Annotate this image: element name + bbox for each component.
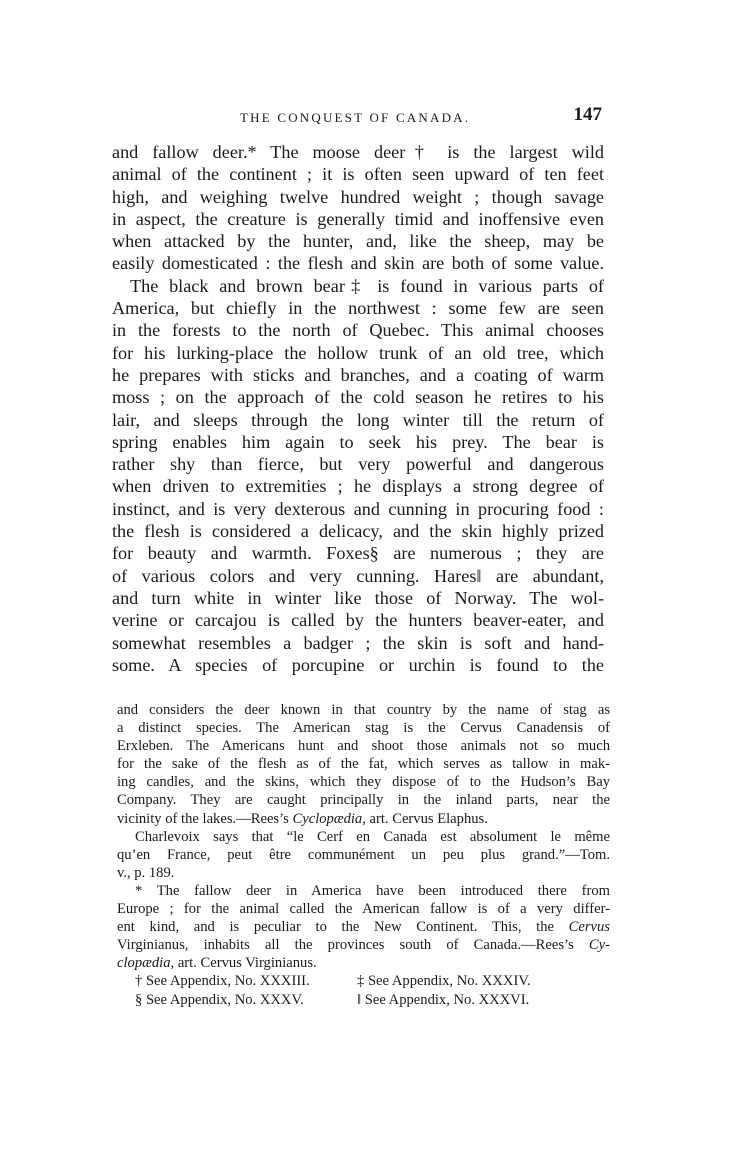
running-head: THE CONQUEST OF CANADA. 147 bbox=[112, 104, 602, 128]
appendix-refs-row: † See Appendix, No. XXXIII. ‡ See Append… bbox=[117, 972, 610, 990]
body-line: rather shy than fierce, but very powerfu… bbox=[112, 453, 604, 475]
body-line: when attacked by the hunter, and, like t… bbox=[112, 230, 604, 252]
body-line: for beauty and warmth. Foxes§ are numero… bbox=[112, 542, 604, 564]
body-line: America, but chiefly in the northwest : … bbox=[112, 297, 604, 319]
body-line: lair, and sleeps through the long winter… bbox=[112, 409, 604, 431]
footnote-line-rees: vicinity of the lakes.—Rees’s Cyclopædia… bbox=[117, 810, 610, 828]
body-line: some. A species of porcupine or urchin i… bbox=[112, 654, 604, 676]
footnote-text: , art. Cervus Elaphus. bbox=[362, 811, 488, 827]
footnote-line: ing candles, and the skins, which they d… bbox=[117, 773, 610, 791]
body-line: for his lurking-place the hollow trunk o… bbox=[112, 342, 604, 364]
body-line: spring enables him again to seek his pre… bbox=[112, 431, 604, 453]
footnote-line: Virginianus, inhabits all the provinces … bbox=[117, 936, 610, 954]
body-line: and turn white in winter like those of N… bbox=[112, 587, 604, 609]
footnote-text: vicinity of the lakes.—Rees’s bbox=[117, 811, 293, 827]
footnote-italic: clopædia bbox=[117, 955, 171, 971]
footnote-line: Europe ; for the animal called the Ameri… bbox=[117, 900, 610, 918]
body-line: somewhat resembles a badger ; the skin i… bbox=[112, 632, 604, 654]
body-line: The black and brown bear‡ is found in va… bbox=[112, 275, 604, 297]
book-page: THE CONQUEST OF CANADA. 147 and fallow d… bbox=[0, 0, 744, 1162]
footnote-line: and considers the deer known in that cou… bbox=[117, 701, 610, 719]
body-line: in the forests to the north of Quebec. T… bbox=[112, 319, 604, 341]
appendix-refs-row: § See Appendix, No. XXXV. ‖ See Appendix… bbox=[117, 991, 610, 1009]
footnote-line: a distinct species. The American stag is… bbox=[117, 719, 610, 737]
footnote-line: Charlevoix says that “le Cerf en Canada … bbox=[117, 828, 610, 846]
body-line: instinct, and is very dexterous and cunn… bbox=[112, 498, 604, 520]
footnote-line: clopædia, art. Cervus Virginianus. bbox=[117, 954, 610, 972]
footnote-text: , art. Cervus Virginianus. bbox=[171, 955, 317, 971]
footnote-italic: Cervus bbox=[569, 919, 610, 935]
footnote-fallow-deer: * The fallow deer in America have been i… bbox=[117, 882, 610, 900]
body-line: high, and weighing twelve hundred weight… bbox=[112, 186, 604, 208]
body-line: animal of the continent ; it is often se… bbox=[112, 163, 604, 185]
body-line: when driven to extremities ; he displays… bbox=[112, 475, 604, 497]
footnote-text: ent kind, and is peculiar to the New Con… bbox=[117, 919, 569, 935]
body-line: the flesh is considered a delicacy, and … bbox=[112, 520, 604, 542]
page-number: 147 bbox=[574, 104, 603, 126]
footnote-line: ent kind, and is peculiar to the New Con… bbox=[117, 918, 610, 936]
footnote-line: v., p. 189. bbox=[117, 864, 610, 882]
body-line: easily domesticated : the flesh and skin… bbox=[112, 252, 604, 274]
footnote-line: Company. They are caught principally in … bbox=[117, 791, 610, 809]
appendix-ref-parallel: ‖ See Appendix, No. XXXVI. bbox=[357, 991, 529, 1009]
body-line: in aspect, the creature is generally tim… bbox=[112, 208, 604, 230]
body-line: moss ; on the approach of the cold seaso… bbox=[112, 386, 604, 408]
body-line: of various colors and very cunning. Hare… bbox=[112, 565, 604, 587]
body-line: and fallow deer.* The moose deer† is the… bbox=[112, 141, 604, 163]
body-text: and fallow deer.* The moose deer† is the… bbox=[112, 141, 604, 676]
appendix-ref-section: § See Appendix, No. XXXV. bbox=[135, 991, 357, 1009]
footnote-italic: Cy- bbox=[589, 937, 610, 953]
body-line: he prepares with sticks and branches, an… bbox=[112, 364, 604, 386]
appendix-ref-dagger: † See Appendix, No. XXXIII. bbox=[135, 972, 357, 990]
footnote-line: for the sake of the flesh as of the fat,… bbox=[117, 755, 610, 773]
footnote-line: qu’en France, peut être communément un p… bbox=[117, 846, 610, 864]
running-title: THE CONQUEST OF CANADA. bbox=[240, 110, 470, 126]
footnote-text: Virginianus, inhabits all the provinces … bbox=[117, 937, 589, 953]
appendix-ref-double-dagger: ‡ See Appendix, No. XXXIV. bbox=[357, 972, 531, 990]
footnote-line: Erxleben. The Americans hunt and shoot t… bbox=[117, 737, 610, 755]
body-line: verine or carcajou is called by the hunt… bbox=[112, 609, 604, 631]
footnote-italic-title: Cyclopædia bbox=[293, 811, 363, 827]
footnotes: and considers the deer known in that cou… bbox=[117, 701, 610, 1009]
